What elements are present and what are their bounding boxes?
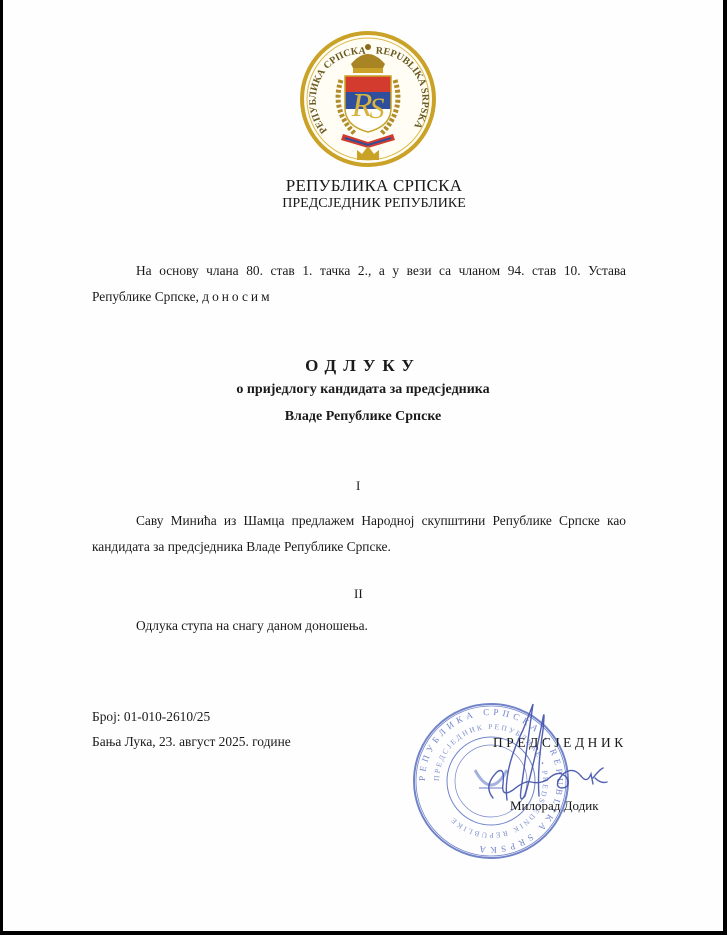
section-numeral-1: I [356,478,360,494]
preamble-line-1: На основу члана 80. став 1. тачка 2., а … [136,258,626,284]
document-page: РЕПУБЛИКА СРПСКА REPUBLIKA SRPSKA R S [3,0,723,931]
president-office-heading: ПРЕДСЈЕДНИК РЕПУБЛИКЕ [14,196,727,212]
decision-title: ОДЛУКУ [3,356,723,376]
place-and-date: Бањa Лука, 23. август 2025. године [92,734,291,750]
coat-of-arms-emblem: РЕПУБЛИКА СРПСКА REPUBLIKA SRPSKA R S [299,30,437,168]
decision-subtitle-2: Владе Републике Српске [3,409,723,425]
decision-subtitle-1: о приједлогу кандидата за предсједника [3,382,723,398]
section-1-line-1: Саву Минића из Шамца предлажем Народној … [136,508,626,534]
section-numeral-2: II [354,586,363,602]
handwritten-signature [473,700,623,810]
section-1-line-2: кандидата за предсједника Владе Републик… [92,534,391,560]
preamble-verb: доносим [202,289,272,304]
document-number: Број: 01-010-2610/25 [92,709,210,725]
republic-name-heading: РЕПУБЛИКА СРПСКА [14,176,727,196]
preamble-text: Републике Српске, [92,289,202,304]
preamble-line-2: Републике Српске, доносим [92,284,273,310]
section-2-line-1: Одлука ступа на снагу даном доношења. [136,613,368,639]
svg-text:S: S [370,92,385,125]
